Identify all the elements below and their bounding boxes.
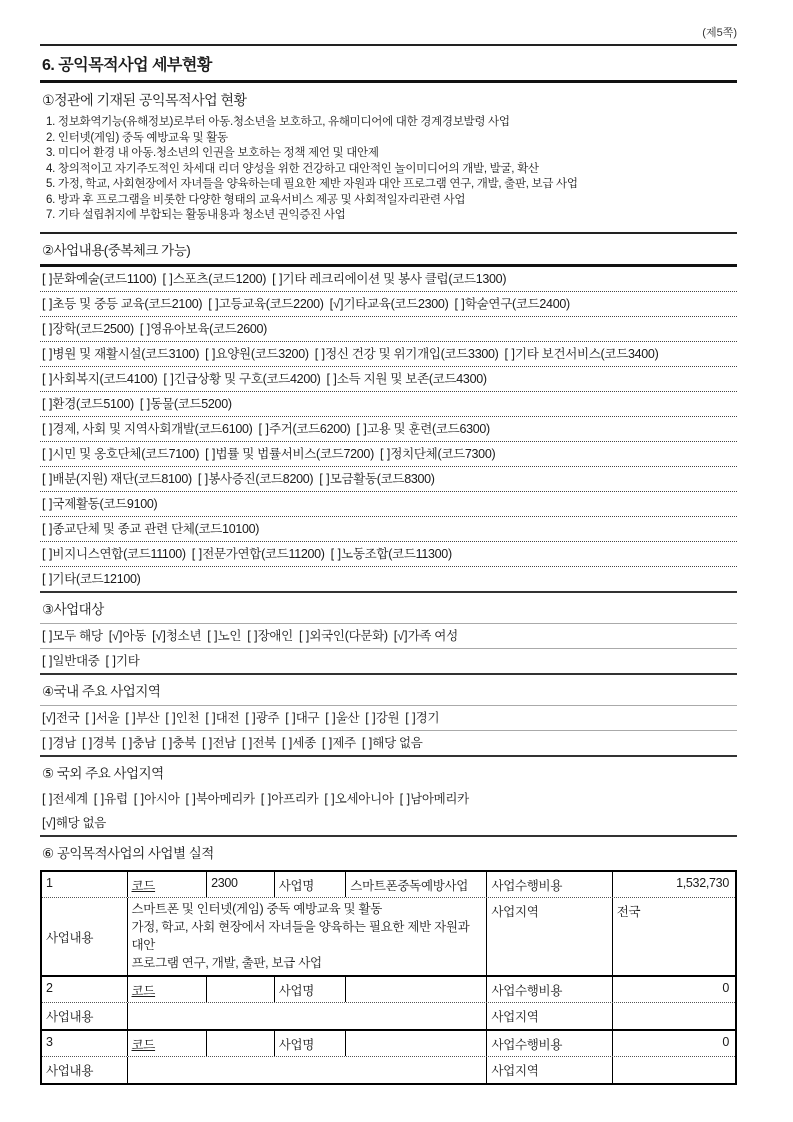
project-block-1: 1 코드 2300 사업명 스마트폰중독예방사업 사업수행비용 1,532,73… [42,872,735,975]
project-2-header-row: 2 코드 사업명 사업수행비용 0 [42,977,735,1003]
unchecked-checkbox-icon: [ ] [42,447,52,461]
checkbox-label: 노동조합(코드11300) [341,547,452,561]
content-label: 사업내용 [42,1003,127,1029]
checkbox-option[interactable]: [ ]장학(코드2500) [42,321,134,338]
unchecked-checkbox-icon: [ ] [282,736,292,750]
cost-label: 사업수행비용 [486,1031,611,1056]
checkbox-label: 봉사증진(코드8200) [208,472,313,486]
region-value [612,1003,735,1029]
project-block-2: 2 코드 사업명 사업수행비용 0 사업내용 사업지역 [42,975,735,1029]
checkbox-option[interactable]: [ ]요양원(코드3200) [205,346,309,363]
unchecked-checkbox-icon: [ ] [42,397,52,411]
unchecked-checkbox-icon: [ ] [319,472,329,486]
section3-checkbox-rows: [ ]모두 해당[√]아동[√]청소년[ ]노인[ ]장애인[ ]외국인(다문화… [40,624,737,673]
checkbox-option[interactable]: [ ]일반대중 [42,653,100,670]
checked-checkbox-icon: [√] [152,629,166,643]
checkbox-label: 유럽 [104,792,128,806]
checkbox-option[interactable]: [√]전국 [42,710,79,727]
unchecked-checkbox-icon: [ ] [42,372,52,386]
checkbox-option[interactable]: [ ]해당 없음 [362,735,423,752]
unchecked-checkbox-icon: [ ] [325,711,335,725]
checkbox-option[interactable]: [ ]경제, 사회 및 지역사회개발(코드6100) [42,421,253,438]
checkbox-label: 가족 여성 [408,629,458,643]
section4-title: ④국내 주요 사업지역 [40,675,737,705]
checkbox-option[interactable]: [ ]노동조합(코드11300) [331,546,452,563]
unchecked-checkbox-icon: [ ] [122,736,132,750]
unchecked-checkbox-icon: [ ] [42,322,52,336]
checkbox-label: 기타 레크리에이션 및 봉사 클럽(코드1300) [283,272,507,286]
checkbox-option[interactable]: [ ]장애인 [247,628,293,645]
section3-title: ③사업대상 [40,593,737,623]
checkbox-label: 충남 [132,736,156,750]
section2-checkbox-rows: [ ]문화예술(코드1100)[ ]스포츠(코드1200)[ ]기타 레크리에이… [40,267,737,591]
unchecked-checkbox-icon: [ ] [315,347,325,361]
checkbox-label: 스포츠(코드1200) [173,272,266,286]
checkbox-label: 대전 [216,711,240,725]
project-3-header-row: 3 코드 사업명 사업수행비용 0 [42,1031,735,1057]
checkbox-option[interactable]: [ ]부산 [125,710,159,727]
unchecked-checkbox-icon: [ ] [162,736,172,750]
checkbox-label: 환경(코드5100) [52,397,133,411]
project-name-value [345,1031,486,1056]
section1-title: ①정관에 기재된 공익목적사업 현황 [40,83,737,115]
unchecked-checkbox-icon: [ ] [165,711,175,725]
checkbox-label: 울산 [336,711,360,725]
checkbox-option[interactable]: [ ]비지니스연합(코드11100) [42,546,186,563]
checkbox-row: [ ]전세계[ ]유럽[ ]아시아[ ]북아메리카[ ]아프리카[ ]오세아니아… [40,787,737,811]
checkbox-label: 경기 [416,711,440,725]
checkbox-option[interactable]: [ ]모금활동(코드8300) [319,471,434,488]
checkbox-label: 장애인 [258,629,293,643]
checkbox-row: [ ]사회복지(코드4100)[ ]긴급상황 및 구호(코드4200)[ ]소득… [40,367,737,392]
cost-label: 사업수행비용 [486,977,611,1002]
checkbox-label: 해당 없음 [56,816,106,830]
checkbox-label: 전문가연합(코드11200) [202,547,324,561]
checkbox-label: 남아메리카 [410,792,469,806]
cost-value: 0 [612,1031,735,1056]
unchecked-checkbox-icon: [ ] [42,422,52,436]
checkbox-label: 기타 [116,654,140,668]
unchecked-checkbox-icon: [ ] [163,372,173,386]
checkbox-row: [ ]배분(지원) 재단(코드8100)[ ]봉사증진(코드8200)[ ]모금… [40,467,737,492]
code-label: 코드 [127,977,207,1002]
checkbox-label: 북아메리카 [196,792,255,806]
checkbox-option[interactable]: [ ]인천 [165,710,199,727]
checkbox-label: 경남 [52,736,76,750]
checkbox-row: [ ]기타(코드12100) [40,567,737,591]
checkbox-label: 경북 [92,736,116,750]
unchecked-checkbox-icon: [ ] [205,711,215,725]
unchecked-checkbox-icon: [ ] [324,792,334,806]
purpose-list-item: 2. 인터넷(게임) 중독 예방교육 및 활동 [46,131,735,147]
checkbox-option[interactable]: [ ]시민 및 옹호단체(코드7100) [42,446,199,463]
checkbox-row: [ ]국제활동(코드9100) [40,492,737,517]
checkbox-option[interactable]: [ ]기타(코드12100) [42,571,141,588]
checkbox-label: 고등교육(코드2200) [219,297,324,311]
unchecked-checkbox-icon: [ ] [365,711,375,725]
checkbox-option[interactable]: [ ]강원 [365,710,399,727]
unchecked-checkbox-icon: [ ] [42,497,52,511]
project-3-detail-row: 사업내용 사업지역 [42,1057,735,1083]
checkbox-label: 노인 [218,629,242,643]
checkbox-option[interactable]: [ ]배분(지원) 재단(코드8100) [42,471,192,488]
checkbox-option[interactable]: [ ]사회복지(코드4100) [42,371,157,388]
section5-checkbox-rows: [ ]전세계[ ]유럽[ ]아시아[ ]북아메리카[ ]아프리카[ ]오세아니아… [40,787,737,835]
unchecked-checkbox-icon: [ ] [202,736,212,750]
checkbox-row: [ ]환경(코드5100)[ ]동물(코드5200) [40,392,737,417]
unchecked-checkbox-icon: [ ] [94,792,104,806]
unchecked-checkbox-icon: [ ] [505,347,515,361]
project-results-table: 1 코드 2300 사업명 스마트폰중독예방사업 사업수행비용 1,532,73… [40,870,737,1085]
checkbox-label: 종교단체 및 종교 관련 단체(코드10100) [52,522,259,536]
checkbox-option[interactable]: [ ]전남 [202,735,236,752]
checkbox-option[interactable]: [ ]기타 [106,653,140,670]
unchecked-checkbox-icon: [ ] [454,297,464,311]
page-number-label: (제5쪽) [40,0,737,44]
unchecked-checkbox-icon: [ ] [285,711,295,725]
checkbox-option[interactable]: [ ]경기 [405,710,439,727]
checkbox-label: 청소년 [166,629,201,643]
checkbox-label: 긴급상황 및 구호(코드4200) [174,372,321,386]
checkbox-option[interactable]: [ ]영유아보육(코드2600) [140,321,267,338]
purpose-list-item: 5. 가정, 학교, 사회현장에서 자녀들을 양육하는데 필요한 제반 자원과 … [46,177,735,193]
checkbox-label: 학술연구(코드2400) [465,297,570,311]
checkbox-option[interactable]: [ ]충북 [162,735,196,752]
unchecked-checkbox-icon: [ ] [245,711,255,725]
unchecked-checkbox-icon: [ ] [42,547,52,561]
page-title: 6. 공익목적사업 세부현황 [40,46,737,80]
unchecked-checkbox-icon: [ ] [405,711,415,725]
checkbox-option[interactable]: [ ]병원 및 재활시설(코드3100) [42,346,199,363]
checkbox-option[interactable]: [ ]환경(코드5100) [42,396,134,413]
unchecked-checkbox-icon: [ ] [82,736,92,750]
checkbox-option[interactable]: [ ]법률 및 법률서비스(코드7200) [205,446,374,463]
checkbox-label: 강원 [376,711,400,725]
unchecked-checkbox-icon: [ ] [106,654,116,668]
checkbox-row: [ ]경제, 사회 및 지역사회개발(코드6100)[ ]주거(코드6200)[… [40,417,737,442]
checkbox-option[interactable]: [ ]기타 레크리에이션 및 봉사 클럽(코드1300) [272,271,506,288]
checkbox-label: 요양원(코드3200) [216,347,309,361]
checkbox-label: 세종 [292,736,316,750]
project-name-label: 사업명 [274,1031,346,1056]
checkbox-option[interactable]: [√]가족 여성 [394,628,458,645]
content-value [127,1057,487,1083]
section5-title: ⑤ 국외 주요 사업지역 [40,757,737,787]
region-label: 사업지역 [486,1003,611,1029]
checked-checkbox-icon: [√] [42,711,56,725]
checkbox-option[interactable]: [ ]정치단체(코드7300) [380,446,495,463]
cost-value: 1,532,730 [612,872,735,897]
project-1-header-row: 1 코드 2300 사업명 스마트폰중독예방사업 사업수행비용 1,532,73… [42,872,735,898]
region-label: 사업지역 [486,898,611,975]
checkbox-option[interactable]: [ ]고등교육(코드2200) [208,296,323,313]
unchecked-checkbox-icon: [ ] [272,272,282,286]
checkbox-option[interactable]: [ ]주거(코드6200) [259,421,351,438]
checkbox-row: [ ]경남[ ]경북[ ]충남[ ]충북[ ]전남[ ]전북[ ]세종[ ]제주… [40,731,737,755]
checkbox-label: 주거(코드6200) [269,422,350,436]
checkbox-option[interactable]: [ ]기타 보건서비스(코드3400) [505,346,659,363]
project-number: 1 [42,872,127,897]
code-value: 2300 [206,872,274,897]
checkbox-label: 병원 및 재활시설(코드3100) [52,347,199,361]
checkbox-option[interactable]: [ ]세종 [282,735,316,752]
project-number: 2 [42,977,127,1002]
unchecked-checkbox-icon: [ ] [185,792,195,806]
checkbox-label: 전북 [252,736,276,750]
checkbox-option[interactable]: [ ]대전 [205,710,239,727]
unchecked-checkbox-icon: [ ] [42,792,52,806]
checkbox-option[interactable]: [ ]고용 및 훈련(코드6300) [356,421,490,438]
checkbox-label: 서울 [96,711,120,725]
unchecked-checkbox-icon: [ ] [208,297,218,311]
unchecked-checkbox-icon: [ ] [162,272,172,286]
project-name-label: 사업명 [274,872,346,897]
checkbox-row: [ ]모두 해당[√]아동[√]청소년[ ]노인[ ]장애인[ ]외국인(다문화… [40,624,737,649]
checkbox-option[interactable]: [ ]긴급상황 및 구호(코드4200) [163,371,320,388]
unchecked-checkbox-icon: [ ] [242,736,252,750]
project-name-value [345,977,486,1002]
unchecked-checkbox-icon: [ ] [42,347,52,361]
section2-title: ②사업내용(중복체크 가능) [40,234,737,264]
content-value: 스마트폰 및 인터넷(게임) 중독 예방교육 및 활동 가정, 학교, 사회 현… [127,898,487,975]
project-2-detail-row: 사업내용 사업지역 [42,1003,735,1029]
checkbox-label: 배분(지원) 재단(코드8100) [52,472,191,486]
checkbox-option[interactable]: [ ]아프리카 [261,791,319,808]
form-page: (제5쪽) 6. 공익목적사업 세부현황 ①정관에 기재된 공익목적사업 현황 … [40,0,737,1085]
checkbox-option[interactable]: [ ]경북 [82,735,116,752]
checkbox-label: 아프리카 [271,792,318,806]
checkbox-label: 경제, 사회 및 지역사회개발(코드6100) [52,422,252,436]
region-value: 전국 [612,898,735,975]
checkbox-label: 충북 [172,736,196,750]
unchecked-checkbox-icon: [ ] [356,422,366,436]
checkbox-option[interactable]: [ ]충남 [122,735,156,752]
unchecked-checkbox-icon: [ ] [42,736,52,750]
content-label: 사업내용 [42,1057,127,1083]
project-name-label: 사업명 [274,977,346,1002]
checkbox-label: 법률 및 법률서비스(코드7200) [216,447,374,461]
checkbox-label: 부산 [136,711,160,725]
unchecked-checkbox-icon: [ ] [42,472,52,486]
cost-label: 사업수행비용 [486,872,611,897]
unchecked-checkbox-icon: [ ] [42,572,52,586]
checked-checkbox-icon: [√] [330,297,344,311]
unchecked-checkbox-icon: [ ] [192,547,202,561]
checkbox-label: 사회복지(코드4100) [52,372,157,386]
checkbox-option[interactable]: [√]해당 없음 [42,815,106,832]
checkbox-label: 전국 [56,711,80,725]
checkbox-label: 모두 해당 [52,629,102,643]
unchecked-checkbox-icon: [ ] [42,297,52,311]
checkbox-option[interactable]: [ ]봉사증진(코드8200) [198,471,313,488]
checkbox-option[interactable]: [ ]경남 [42,735,76,752]
purpose-list-item: 6. 방과 후 프로그램을 비롯한 다양한 형태의 교육서비스 제공 및 사회적… [46,193,735,209]
checkbox-option[interactable]: [ ]전북 [242,735,276,752]
checkbox-label: 고용 및 훈련(코드6300) [367,422,490,436]
checkbox-label: 정치단체(코드7300) [390,447,495,461]
project-1-detail-row: 사업내용 스마트폰 및 인터넷(게임) 중독 예방교육 및 활동 가정, 학교,… [42,898,735,975]
unchecked-checkbox-icon: [ ] [380,447,390,461]
unchecked-checkbox-icon: [ ] [400,792,410,806]
checkbox-label: 전세계 [52,792,87,806]
unchecked-checkbox-icon: [ ] [134,792,144,806]
checkbox-label: 동물(코드5200) [150,397,231,411]
checkbox-row: [ ]종교단체 및 종교 관련 단체(코드10100) [40,517,737,542]
purpose-list-item: 1. 정보화역기능(유해정보)로부터 아동.청소년을 보호하고, 유해미디어에 … [46,115,735,131]
unchecked-checkbox-icon: [ ] [125,711,135,725]
checkbox-option[interactable]: [ ]스포츠(코드1200) [162,271,266,288]
unchecked-checkbox-icon: [ ] [42,654,52,668]
unchecked-checkbox-icon: [ ] [207,629,217,643]
unchecked-checkbox-icon: [ ] [322,736,332,750]
checkbox-label: 소득 지원 및 보존(코드4300) [337,372,487,386]
checkbox-option[interactable]: [√]청소년 [152,628,201,645]
checkbox-option[interactable]: [ ]대구 [285,710,319,727]
checkbox-row: [ ]장학(코드2500)[ ]영유아보육(코드2600) [40,317,737,342]
unchecked-checkbox-icon: [ ] [362,736,372,750]
checkbox-option[interactable]: [√]기타교육(코드2300) [330,296,449,313]
checkbox-option[interactable]: [ ]오세아니아 [324,791,393,808]
checkbox-option[interactable]: [ ]학술연구(코드2400) [454,296,569,313]
purpose-list-item: 4. 창의적이고 자기주도적인 차세대 리더 양성을 위한 건강하고 대안적인 … [46,162,735,178]
checkbox-option[interactable]: [ ]모두 해당 [42,628,103,645]
checkbox-option[interactable]: [ ]국제활동(코드9100) [42,496,157,513]
project-block-3: 3 코드 사업명 사업수행비용 0 사업내용 사업지역 [42,1029,735,1083]
unchecked-checkbox-icon: [ ] [259,422,269,436]
checkbox-option[interactable]: [ ]동물(코드5200) [140,396,232,413]
checkbox-label: 정신 건강 및 위기개입(코드3300) [325,347,498,361]
checkbox-label: 문화예술(코드1100) [52,272,156,286]
checkbox-option[interactable]: [ ]광주 [245,710,279,727]
checkbox-label: 시민 및 옹호단체(코드7100) [52,447,199,461]
checkbox-label: 인천 [176,711,200,725]
checkbox-option[interactable]: [ ]초등 및 중등 교육(코드2100) [42,296,202,313]
content-label: 사업내용 [42,898,127,975]
purpose-list-item: 7. 기타 설립취지에 부합되는 활동내용과 청소년 권익증진 사업 [46,208,735,224]
unchecked-checkbox-icon: [ ] [85,711,95,725]
unchecked-checkbox-icon: [ ] [140,322,150,336]
checkbox-row: [√]해당 없음 [40,811,737,835]
checkbox-label: 초등 및 중등 교육(코드2100) [52,297,202,311]
checkbox-option[interactable]: [ ]유럽 [94,791,128,808]
content-value [127,1003,487,1029]
checkbox-label: 오세아니아 [335,792,394,806]
checkbox-row: [ ]일반대중[ ]기타 [40,649,737,673]
checkbox-label: 기타 보건서비스(코드3400) [515,347,658,361]
unchecked-checkbox-icon: [ ] [140,397,150,411]
unchecked-checkbox-icon: [ ] [261,792,271,806]
section4-checkbox-rows: [√]전국[ ]서울[ ]부산[ ]인천[ ]대전[ ]광주[ ]대구[ ]울산… [40,706,737,755]
checkbox-label: 아시아 [144,792,179,806]
checkbox-label: 외국인(다문화) [309,629,387,643]
checkbox-option[interactable]: [ ]종교단체 및 종교 관련 단체(코드10100) [42,521,259,538]
project-name-value: 스마트폰중독예방사업 [345,872,486,897]
checkbox-label: 장학(코드2500) [52,322,133,336]
checkbox-label: 일반대중 [52,654,99,668]
checkbox-label: 대구 [296,711,320,725]
checkbox-option[interactable]: [ ]전문가연합(코드11200) [192,546,325,563]
checkbox-option[interactable]: [ ]문화예술(코드1100) [42,271,156,288]
checkbox-row: [√]전국[ ]서울[ ]부산[ ]인천[ ]대전[ ]광주[ ]대구[ ]울산… [40,706,737,731]
unchecked-checkbox-icon: [ ] [247,629,257,643]
checkbox-option[interactable]: [ ]소득 지원 및 보존(코드4300) [326,371,486,388]
region-value [612,1057,735,1083]
checkbox-row: [ ]시민 및 옹호단체(코드7100)[ ]법률 및 법률서비스(코드7200… [40,442,737,467]
section6-title: ⑥ 공익목적사업의 사업별 실적 [40,837,737,867]
checkbox-label: 아동 [123,629,147,643]
unchecked-checkbox-icon: [ ] [326,372,336,386]
code-label: 코드 [127,872,207,897]
checkbox-option[interactable]: [√]아동 [109,628,146,645]
checkbox-label: 기타교육(코드2300) [343,297,448,311]
checkbox-option[interactable]: [ ]울산 [325,710,359,727]
checkbox-option[interactable]: [ ]외국인(다문화) [299,628,388,645]
project-number: 3 [42,1031,127,1056]
checkbox-row: [ ]초등 및 중등 교육(코드2100)[ ]고등교육(코드2200)[√]기… [40,292,737,317]
checkbox-row: [ ]문화예술(코드1100)[ ]스포츠(코드1200)[ ]기타 레크리에이… [40,267,737,292]
code-label: 코드 [127,1031,207,1056]
checkbox-option[interactable]: [ ]북아메리카 [185,791,254,808]
checkbox-label: 기타(코드12100) [52,572,140,586]
region-label: 사업지역 [486,1057,611,1083]
checkbox-label: 제주 [332,736,356,750]
checked-checkbox-icon: [√] [42,816,56,830]
checkbox-label: 해당 없음 [372,736,422,750]
checkbox-label: 전남 [212,736,236,750]
checkbox-option[interactable]: [ ]정신 건강 및 위기개입(코드3300) [315,346,499,363]
checkbox-option[interactable]: [ ]남아메리카 [400,791,469,808]
unchecked-checkbox-icon: [ ] [42,629,52,643]
checked-checkbox-icon: [√] [109,629,123,643]
checkbox-label: 국제활동(코드9100) [52,497,157,511]
checkbox-row: [ ]비지니스연합(코드11100)[ ]전문가연합(코드11200)[ ]노동… [40,542,737,567]
checkbox-option[interactable]: [ ]아시아 [134,791,180,808]
unchecked-checkbox-icon: [ ] [42,272,52,286]
code-value [206,977,274,1002]
checkbox-option[interactable]: [ ]제주 [322,735,356,752]
checkbox-label: 모금활동(코드8300) [330,472,435,486]
section1-item-list: 1. 정보화역기능(유해정보)로부터 아동.청소년을 보호하고, 유해미디어에 … [40,115,737,232]
checkbox-label: 광주 [256,711,280,725]
checkbox-option[interactable]: [ ]서울 [85,710,119,727]
checked-checkbox-icon: [√] [394,629,408,643]
checkbox-option[interactable]: [ ]노인 [207,628,241,645]
checkbox-option[interactable]: [ ]전세계 [42,791,88,808]
checkbox-label: 비지니스연합(코드11100) [52,547,185,561]
unchecked-checkbox-icon: [ ] [205,447,215,461]
unchecked-checkbox-icon: [ ] [205,347,215,361]
unchecked-checkbox-icon: [ ] [299,629,309,643]
unchecked-checkbox-icon: [ ] [198,472,208,486]
unchecked-checkbox-icon: [ ] [331,547,341,561]
code-value [206,1031,274,1056]
checkbox-label: 영유아보육(코드2600) [150,322,267,336]
cost-value: 0 [612,977,735,1002]
unchecked-checkbox-icon: [ ] [42,522,52,536]
checkbox-row: [ ]병원 및 재활시설(코드3100)[ ]요양원(코드3200)[ ]정신 … [40,342,737,367]
purpose-list-item: 3. 미디어 환경 내 아동.청소년의 인권을 보호하는 정책 제언 및 대안제 [46,146,735,162]
